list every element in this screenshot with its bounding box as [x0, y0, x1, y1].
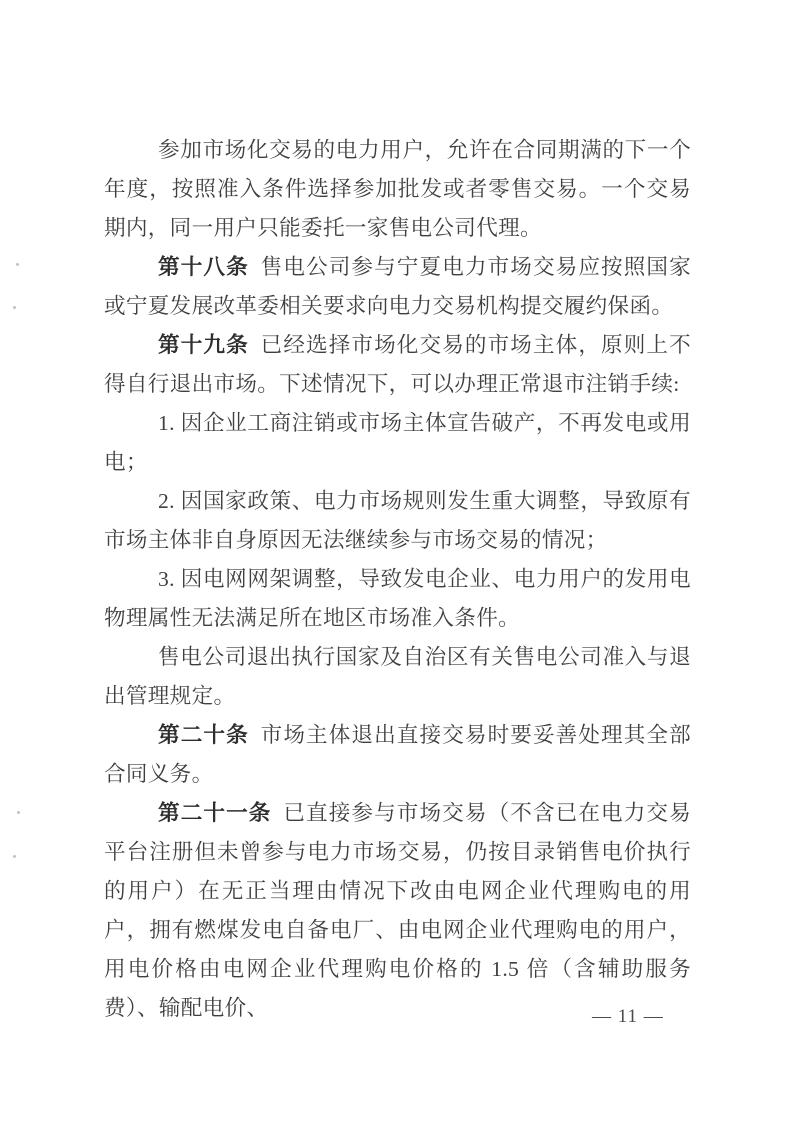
paragraph-article-19: 第十九条已经选择市场化交易的市场主体，原则上不得自行退出市场。下述情况下，可以办… — [104, 326, 691, 404]
document-page: 参加市场化交易的电力用户，允许在合同期满的下一个年度，按照准入条件选择参加批发或… — [0, 0, 800, 1125]
paragraph-list-item-1: 1. 因企业工商注销或市场主体宣告破产，不再发电或用电； — [104, 404, 691, 482]
article-number: 第二十一条 — [158, 801, 271, 825]
paragraph-text: 3. 因电网网架调整，导致发电企业、电力用户的发用电物理属性无法满足所在地区市场… — [104, 567, 691, 630]
paragraph-article-18: 第十八条售电公司参与宁夏电力市场交易应按照国家或宁夏发展改革委相关要求向电力交易… — [104, 248, 691, 326]
article-number: 第十九条 — [158, 333, 249, 357]
paragraph-list-item-2: 2. 因国家政策、电力市场规则发生重大调整，导致原有市场主体非自身原因无法继续参… — [104, 482, 691, 560]
paragraph-text: 已直接参与市场交易（不含已在电力交易平台注册但未曾参与电力市场交易，仍按目录销售… — [104, 801, 691, 1020]
page-number: — 11 — — [592, 1005, 682, 1029]
paragraph-exit-rules: 售电公司退出执行国家及自治区有关售电公司准入与退出管理规定。 — [104, 638, 691, 716]
paragraph-article-20: 第二十条市场主体退出直接交易时要妥善处理其全部合同义务。 — [104, 716, 691, 794]
scan-speck — [13, 306, 16, 309]
scan-speck — [17, 811, 20, 814]
paragraph-text: 2. 因国家政策、电力市场规则发生重大调整，导致原有市场主体非自身原因无法继续参… — [104, 489, 691, 552]
article-number: 第十八条 — [158, 255, 249, 279]
paragraph-text: 参加市场化交易的电力用户，允许在合同期满的下一个年度，按照准入条件选择参加批发或… — [104, 138, 691, 240]
scan-speck — [13, 855, 16, 858]
document-body: 参加市场化交易的电力用户，允许在合同期满的下一个年度，按照准入条件选择参加批发或… — [104, 131, 691, 1028]
paragraph-intro: 参加市场化交易的电力用户，允许在合同期满的下一个年度，按照准入条件选择参加批发或… — [104, 131, 691, 248]
scan-speck — [16, 263, 19, 266]
article-number: 第二十条 — [158, 723, 249, 747]
paragraph-article-21: 第二十一条已直接参与市场交易（不含已在电力交易平台注册但未曾参与电力市场交易，仍… — [104, 794, 691, 1028]
paragraph-list-item-3: 3. 因电网网架调整，导致发电企业、电力用户的发用电物理属性无法满足所在地区市场… — [104, 560, 691, 638]
paragraph-text: 1. 因企业工商注销或市场主体宣告破产，不再发电或用电； — [104, 411, 691, 474]
paragraph-text: 售电公司退出执行国家及自治区有关售电公司准入与退出管理规定。 — [104, 645, 691, 708]
